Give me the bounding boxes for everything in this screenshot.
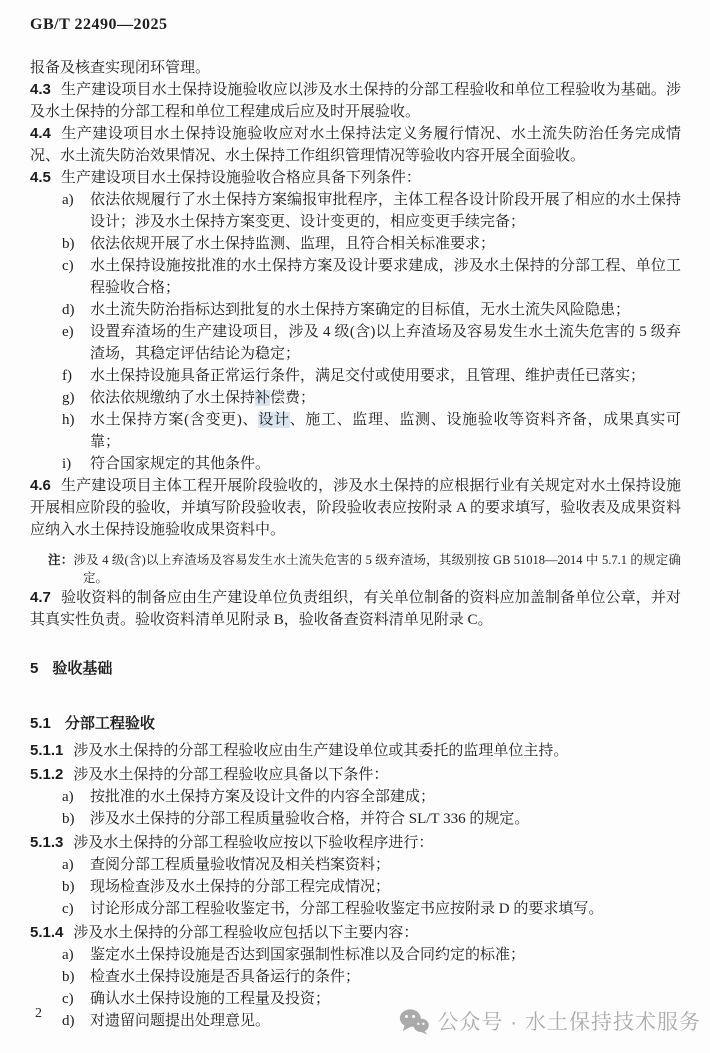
clause-5-1-3: 5.1.3涉及水土保持的分部工程验收应按以下验收程序进行： [30,832,681,854]
section-title: 分部工程验收 [65,715,155,732]
note-text: 涉及 4 级(含)以上弃渣场及容易发生水土流失危害的 5 级弃渣场，其级别按 G… [73,553,681,585]
clause-text: 涉及水土保持的分部工程验收应由生产建设单位或其委托的监理单位主持。 [73,743,568,759]
item-label: g) [62,387,75,409]
clause-5-1-4-item-b: b)检查水土保持设施是否具备运行的条件； [30,966,681,988]
watermark-text: 公众号 · 水土保持技术服务 [437,1006,701,1036]
item-text: 水土流失防治指标达到批复的水土保持方案确定的目标值，无水土流失风险隐患； [90,302,630,318]
section-number: 5 [30,660,38,677]
item-label: d) [62,299,75,321]
clause-5-1-3-item-a: a)查阅分部工程质量验收情况及相关档案资料； [30,854,681,876]
clause-number: 4.4 [30,125,51,142]
item-text: 符合国家规定的其他条件。 [90,456,270,472]
section-title: 验收基础 [52,660,112,677]
item-label: d) [62,1010,75,1032]
item-label: a) [62,786,74,808]
clause-4-5-item-d: d)水土流失防治指标达到批复的水土保持方案确定的目标值，无水土流失风险隐患； [30,299,681,321]
clause-4-5-item-g: g)依法依规缴纳了水土保持补偿费； [30,387,681,409]
clause-4-5-item-i: i)符合国家规定的其他条件。 [30,453,681,475]
item-label: f) [62,365,72,387]
scan-highlight-mark: 补 [255,390,270,406]
clause-4-5-item-f: f)水土保持设施具备正常运行条件，满足交付或使用要求，且管理、维护责任已落实； [30,365,681,387]
item-text: 偿费； [270,390,315,406]
clause-number: 5.1.2 [30,766,63,783]
wechat-icon [399,1008,429,1035]
item-label: c) [62,988,74,1010]
watermark: 公众号 · 水土保持技术服务 [399,1006,701,1036]
clause-4-5-item-a: a)依法依规履行了水土保持方案编报审批程序，主体工程各设计阶段开展了相应的水土保… [30,189,681,233]
clause-number: 5.1.4 [30,924,63,941]
item-label: a) [62,854,74,876]
item-label: b) [62,233,75,255]
item-label: a) [62,944,74,966]
clause-note: 注：涉及 4 级(含)以上弃渣场及容易发生水土流失危害的 5 级弃渣场，其级别按… [48,551,681,587]
item-text: 依法依规履行了水土保持方案编报审批程序，主体工程各设计阶段开展了相应的水土保持设… [90,192,681,230]
item-text: 现场检查涉及水土保持的分部工程完成情况； [90,879,390,895]
clause-number: 4.6 [30,477,51,494]
note-label: 注： [48,553,73,567]
clause-4-7: 4.7验收资料的制备应由生产建设单位负责组织，有关单位制备的资料应加盖制备单位公… [30,587,681,631]
clause-text: 验收资料的制备应由生产建设单位负责组织，有关单位制备的资料应加盖制备单位公章，并… [30,590,681,628]
scan-highlight-mark: 设计 [258,412,289,428]
item-label: i) [62,453,71,475]
page-number: 2 [35,1006,42,1022]
clause-text: 生产建设项目水土保持设施验收应对水土保持法定义务履行情况、水土流失防治任务完成情… [30,126,681,164]
item-text: 水土保持设施按批准的水土保持方案及设计要求建成，涉及水土保持的分部工程、单位工程… [90,258,681,296]
item-text: 水土保持设施具备正常运行条件，满足交付或使用要求，且管理、维护责任已落实； [90,368,645,384]
item-text: 确认水土保持设施的工程量及投资； [90,991,330,1007]
document-page: GB/T 22490—2025 报备及核查实现闭环管理。 4.3生产建设项目水土… [0,0,710,1053]
clause-5-1-4-item-a: a)鉴定水土保持设施是否达到国家强制性标准以及合同约定的标准； [30,944,681,966]
item-text: 查阅分部工程质量验收情况及相关档案资料； [90,857,390,873]
clause-number: 5.1.3 [30,834,63,851]
clause-5-1-2: 5.1.2涉及水土保持的分部工程验收应具备以下条件： [30,764,681,786]
item-label: b) [62,808,75,830]
clause-4-5: 4.5生产建设项目水土保持设施验收合格应具备下列条件： [30,167,681,189]
clause-text: 涉及水土保持的分部工程验收应具备以下条件： [73,767,388,783]
clause-5-1-3-item-c: c)讨论形成分部工程验收鉴定书，分部工程验收鉴定书应按附录 D 的要求填写。 [30,898,681,920]
section-number: 5.1 [30,715,51,732]
clause-text: 涉及水土保持的分部工程验收应包括以下主要内容： [73,925,418,941]
clause-4-5-item-h: h)水土保持方案(含变更)、设计、施工、监理、监测、设施验收等资料齐备，成果真实… [30,409,681,453]
clause-5-1-4: 5.1.4涉及水土保持的分部工程验收应包括以下主要内容： [30,922,681,944]
standard-code-header: GB/T 22490—2025 [30,15,681,35]
item-text: 依法依规开展了水土保持监测、监理，且符合相关标准要求； [90,236,495,252]
item-text: 按批准的水土保持方案及设计文件的内容全部建成； [90,789,435,805]
item-text: 讨论形成分部工程验收鉴定书，分部工程验收鉴定书应按附录 D 的要求填写。 [90,901,603,917]
clause-5-1-1: 5.1.1涉及水土保持的分部工程验收应由生产建设单位或其委托的监理单位主持。 [30,740,681,762]
item-text: 水土保持方案(含变更)、 [90,412,258,428]
item-text: 检查水土保持设施是否具备运行的条件； [90,969,360,985]
clause-text: 生产建设项目水土保持设施验收合格应具备下列条件： [61,170,421,186]
item-label: c) [62,898,74,920]
clause-4-5-item-e: e)设置弃渣场的生产建设项目，涉及 4 级(含)以上弃渣场及容易发生水土流失危害… [30,321,681,365]
clause-text: 生产建设项目主体工程开展阶段验收的，涉及水土保持的应根据行业有关规定对水土保持设… [30,478,681,538]
item-text: 依法依规缴纳了水土保持 [90,390,255,406]
item-text: 涉及水土保持的分部工程质量验收合格，并符合 SL/T 336 的规定。 [90,811,529,827]
item-label: b) [62,966,75,988]
clause-5-1-2-item-a: a)按批准的水土保持方案及设计文件的内容全部建成； [30,786,681,808]
clause-5-1-3-item-b: b)现场检查涉及水土保持的分部工程完成情况； [30,876,681,898]
clause-5-1-2-item-b: b)涉及水土保持的分部工程质量验收合格，并符合 SL/T 336 的规定。 [30,808,681,830]
clause-4-6: 4.6生产建设项目主体工程开展阶段验收的，涉及水土保持的应根据行业有关规定对水土… [30,475,681,541]
clause-text: 生产建设项目水土保持设施验收应以涉及水土保持的分部工程验收和单位工程验收为基础。… [30,82,681,120]
item-label: b) [62,876,75,898]
clause-number: 4.5 [30,169,51,186]
clause-4-5-item-c: c)水土保持设施按批准的水土保持方案及设计要求建成，涉及水土保持的分部工程、单位… [30,255,681,299]
section-5-1-heading: 5.1分部工程验收 [30,713,681,735]
clause-4-4: 4.4生产建设项目水土保持设施验收应对水土保持法定义务履行情况、水土流失防治任务… [30,123,681,167]
clause-4-5-item-b: b)依法依规开展了水土保持监测、监理，且符合相关标准要求； [30,233,681,255]
paragraph-carryover: 报备及核查实现闭环管理。 [30,57,681,79]
section-5-heading: 5验收基础 [30,658,681,680]
item-text: 鉴定水土保持设施是否达到国家强制性标准以及合同约定的标准； [90,947,525,963]
item-label: h) [62,409,75,431]
clause-number: 5.1.1 [30,742,63,759]
item-text: 设置弃渣场的生产建设项目，涉及 4 级(含)以上弃渣场及容易发生水土流失危害的 … [90,324,681,362]
item-text: 对遗留问题提出处理意见。 [90,1013,270,1029]
item-label: a) [62,189,74,211]
clause-number: 4.3 [30,81,51,98]
item-label: e) [62,321,74,343]
clause-text: 涉及水土保持的分部工程验收应按以下验收程序进行： [73,835,433,851]
clause-4-3: 4.3生产建设项目水土保持设施验收应以涉及水土保持的分部工程验收和单位工程验收为… [30,79,681,123]
item-label: c) [62,255,74,277]
clause-number: 4.7 [30,589,51,606]
